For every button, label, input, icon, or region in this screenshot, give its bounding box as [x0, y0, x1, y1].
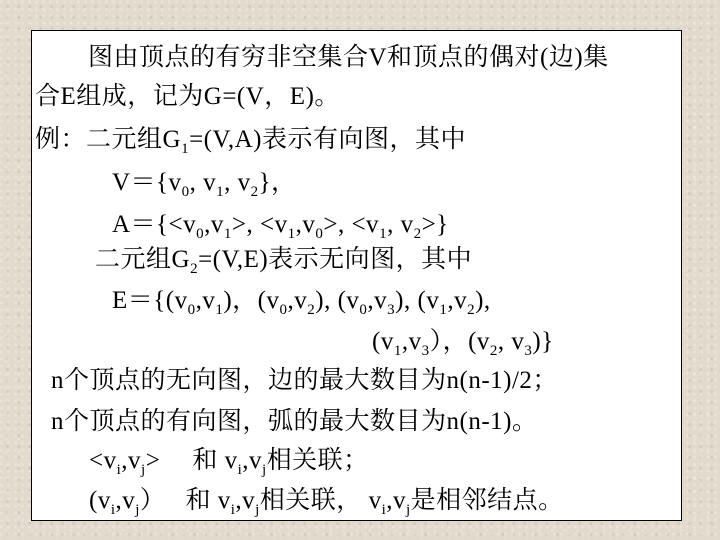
content-panel: 图由顶点的有穷非空集合V和顶点的偶对(边)集 合E组成，记为G=(V，E)。 例… [31, 30, 682, 521]
edge-set-line-2: (v1,v3），(v2, v3)} [372, 327, 554, 357]
vertex-set: V＝{v0, v1, v2}， [112, 168, 297, 198]
max-edges-undirected: n个顶点的无向图，边的最大数目为n(n-1)/2； [51, 366, 558, 396]
max-arcs-directed: n个顶点的有向图，弧的最大数目为n(n-1)。 [51, 407, 537, 437]
edge-set-line-1: E＝{(v0,v1)，(v0,v2), (v0,v3), (v1,v2), [112, 286, 491, 316]
definition-line-1: 图由顶点的有穷非空集合V和顶点的偶对(边)集 [88, 43, 609, 73]
example-g2: 二元组G2=(V,E)表示无向图，其中 [95, 245, 472, 275]
definition-line-2: 合E组成，记为G=(V，E)。 [35, 82, 340, 112]
arc-set: A＝{<v0,v1>, <v1,v0>, <v1, v2>} [112, 210, 449, 240]
example-g1: 例：二元组G1=(V,A)表示有向图，其中 [35, 125, 466, 155]
association-undirected: (vi,vj）和 vi,vj相关联， vi,vj是相邻结点。 [89, 486, 564, 516]
association-directed: <vi,vj>和 vi,vj相关联； [89, 446, 369, 476]
